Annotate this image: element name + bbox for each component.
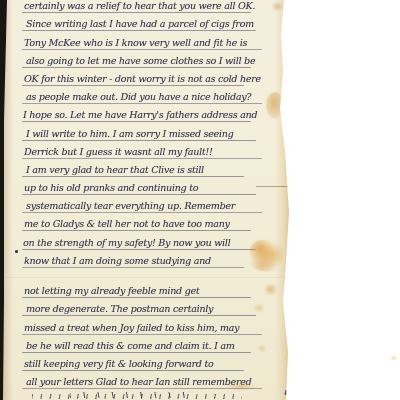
letter-line: certainly was a relief to hear that you … — [23, 0, 268, 13]
letter-bottom-paragraph: not letting my already feeble mind get m… — [23, 280, 268, 389]
handwritten-text: more degenerate. The postman certainly — [26, 304, 213, 315]
handwritten-text: me to Gladys & tell her not to have too … — [24, 219, 230, 230]
letter-line: systematically tear everything up. Remem… — [23, 195, 268, 213]
letter-line: I am very glad to hear that Clive is sti… — [23, 159, 268, 177]
handwritten-text: I am very glad to hear that Clive is sti… — [26, 165, 204, 176]
handwritten-text: I hope so. Let me have Harry's fathers a… — [23, 110, 257, 121]
letter-line: on the strength of my safety! By now you… — [23, 231, 268, 249]
ink-speck — [284, 390, 287, 395]
handwritten-text: on the strength of my safety! By now you… — [23, 238, 230, 249]
handwritten-text: I will write to him. I am sorry I missed… — [26, 129, 233, 140]
ink-speck — [15, 250, 18, 253]
letter-line: up to his old pranks and continuing to — [23, 177, 268, 195]
ruled-line — [22, 267, 244, 268]
foxing-stain — [253, 303, 265, 313]
foxing-stain — [263, 283, 278, 296]
foxing-stain — [249, 240, 283, 271]
handwritten-text: know that I am doing some studying and — [24, 256, 211, 267]
cutoff-line-stroke-tops — [70, 392, 190, 398]
letter-top-paragraph: certainly was a relief to hear that you … — [23, 0, 268, 268]
letter-line: I hope so. Let me have Harry's fathers a… — [23, 104, 268, 122]
letter-line: Tony McKee who is I know very well and f… — [23, 31, 268, 49]
handwritten-text: Derrick but I guess it wasnt all my faul… — [24, 147, 213, 158]
paper-crease — [256, 186, 290, 187]
letter-line: OK for this winter - dont worry it is no… — [23, 68, 268, 86]
letter-line: be he will read this & come and claim it… — [23, 335, 268, 353]
letter-paper: certainly was a relief to hear that you … — [0, 0, 291, 400]
foxing-stain — [226, 381, 256, 391]
handwritten-text: Since writing last I have had a parcel o… — [26, 19, 254, 30]
handwritten-text: missed a treat when Joy failed to kiss h… — [24, 323, 239, 334]
letter-line: still keeping very fit & looking forward… — [23, 353, 268, 371]
ruled-line — [22, 388, 262, 389]
handwritten-text: all your letters Glad to hear Ian still … — [26, 377, 251, 388]
dust-speck — [391, 356, 397, 360]
letter-line: I will write to him. I am sorry I missed… — [23, 122, 268, 140]
letter-line: me to Gladys & tell her not to have too … — [23, 213, 268, 231]
handwritten-text: up to his old pranks and continuing to — [24, 183, 198, 194]
handwritten-text: systematically tear everything up. Remem… — [26, 201, 235, 212]
handwritten-text: not letting my already feeble mind get — [24, 286, 199, 297]
letter-line: Since writing last I have had a parcel o… — [23, 13, 268, 31]
letter-line: know that I am doing some studying and — [23, 250, 268, 268]
paper-right-edge — [275, 0, 291, 400]
foxing-stain — [271, 1, 284, 12]
letter-line: more degenerate. The postman certainly — [23, 298, 268, 316]
paper-fold-crease — [0, 277, 291, 279]
foxing-stain — [257, 344, 267, 353]
handwritten-text: OK for this winter - dont worry it is no… — [24, 74, 261, 85]
scan-page: certainly was a relief to hear that you … — [0, 0, 400, 400]
handwritten-text: still keeping very fit & looking forward… — [24, 359, 213, 370]
letter-line: not letting my already feeble mind get — [23, 280, 268, 298]
foxing-stain — [266, 92, 284, 119]
handwritten-text: as people make out. Did you have a nice … — [26, 92, 251, 103]
handwritten-text: Tony McKee who is I know very well and f… — [24, 38, 247, 49]
handwritten-text: certainly was a relief to hear that you … — [24, 1, 255, 12]
handwritten-text: be he will read this & come and claim it… — [26, 341, 235, 352]
letter-line: Derrick but I guess it wasnt all my faul… — [23, 141, 268, 159]
letter-line: also going to let me have some clothes s… — [23, 50, 268, 68]
letter-line: missed a treat when Joy failed to kiss h… — [23, 316, 268, 334]
handwritten-text: also going to let me have some clothes s… — [26, 56, 255, 67]
letter-line: as people make out. Did you have a nice … — [23, 86, 268, 104]
